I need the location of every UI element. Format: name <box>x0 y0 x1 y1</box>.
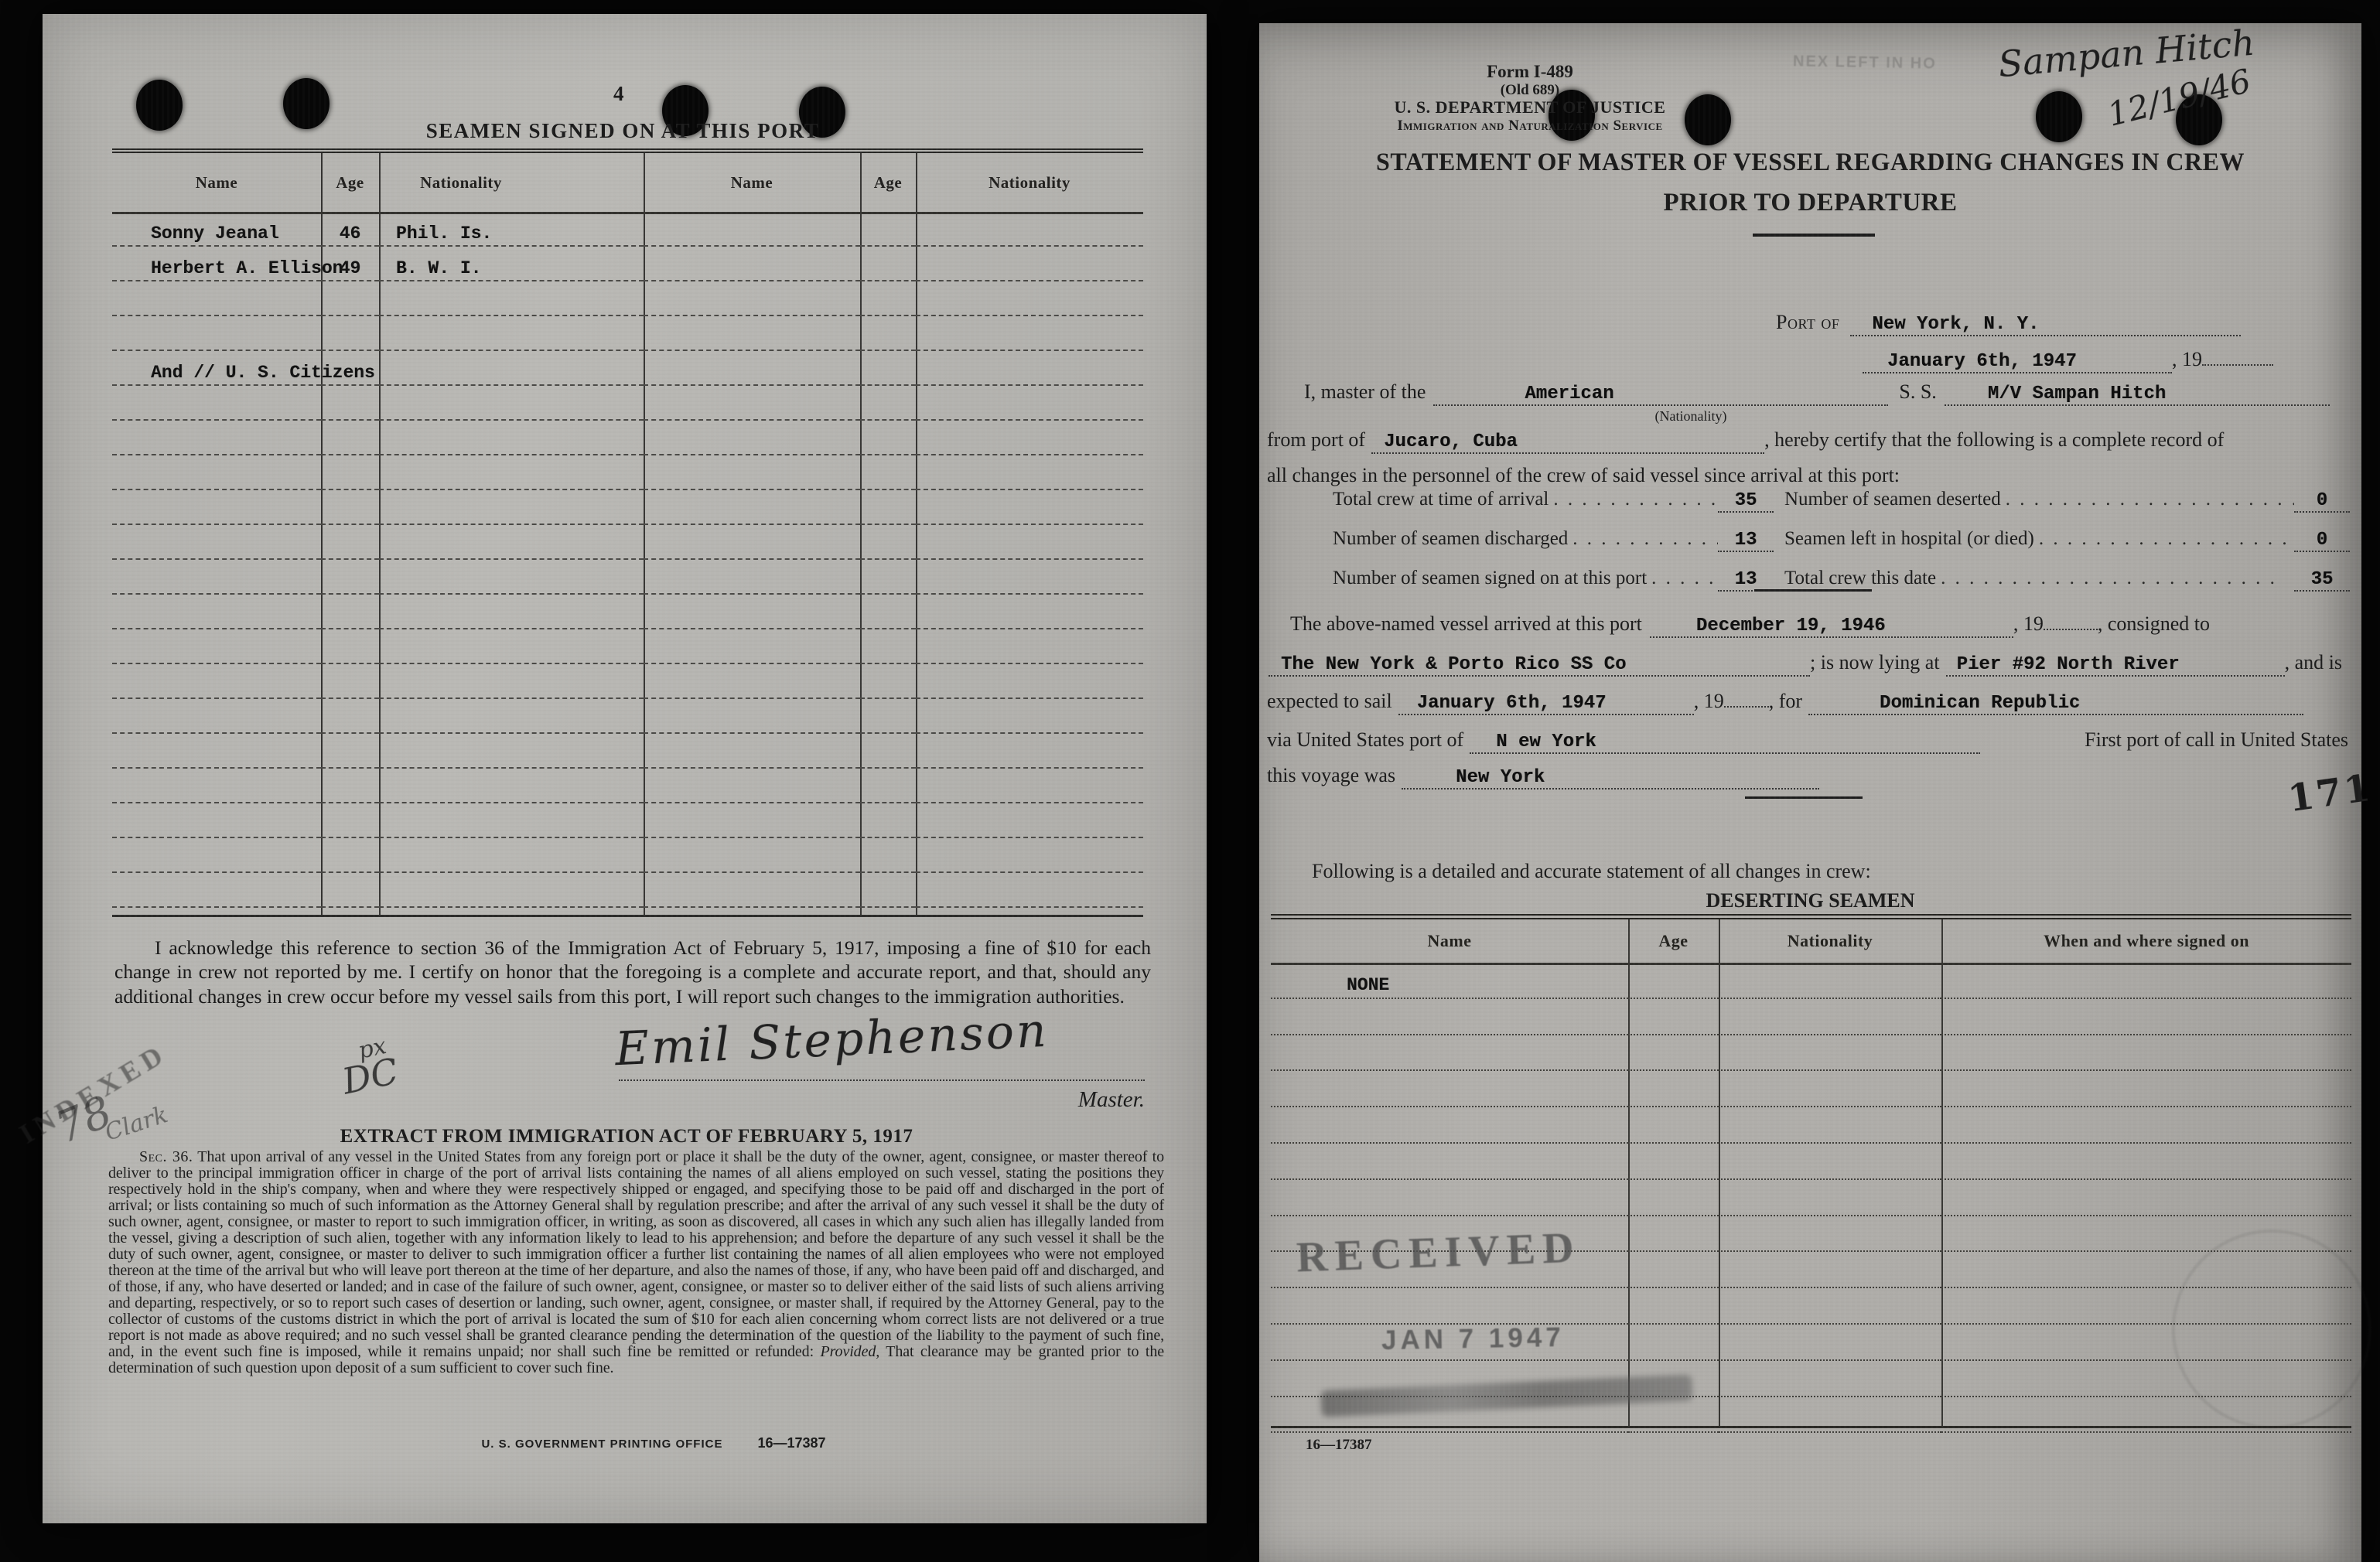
cell-signed-on <box>1941 963 2351 999</box>
cell-nationality <box>916 525 1143 560</box>
cell-age <box>321 769 379 803</box>
cell-name <box>644 212 860 247</box>
cell-name <box>1271 1107 1628 1144</box>
left-page: 4 SEAMEN SIGNED ON AT THIS PORT Name Age… <box>43 14 1207 1523</box>
column-header: Age <box>860 173 916 193</box>
table-row <box>112 281 1143 316</box>
cell-name <box>112 838 321 873</box>
cell-age <box>321 873 379 908</box>
cell-age <box>1628 1144 1719 1180</box>
arrived-suffix: , consigned to <box>2098 612 2210 636</box>
from-port-line: from port of Jucaro, Cuba , hereby certi… <box>1267 428 2224 454</box>
dot-leader: . . . . . . . . . . . . . . . . . . . . … <box>1568 528 1718 550</box>
dot-leader: . . . . . . . . . . . . . . . . . . . . … <box>2034 528 2294 550</box>
table-row <box>112 455 1143 490</box>
year-suffix: , 19 <box>2013 612 2044 636</box>
faint-stamp: NEX LEFT IN HO <box>1793 53 1937 73</box>
cell-name <box>644 803 860 838</box>
stat-half: Total crew this date. . . . . . . . . . … <box>1784 568 2350 592</box>
from-suffix: , hereby certify that the following is a… <box>1764 428 2224 452</box>
cell-nationality <box>1719 1180 1941 1216</box>
table-row <box>1271 1180 2351 1216</box>
department-name: U. S. DEPARTMENT OF JUSTICE <box>1290 98 1770 118</box>
cell-age <box>1628 1180 1719 1216</box>
section-text: That upon arrival of any vessel in the U… <box>108 1148 1164 1360</box>
extract-title: EXTRACT FROM IMMIGRATION ACT OF FEBRUARY… <box>197 1126 1056 1148</box>
cell-nationality <box>379 803 644 838</box>
stat-label: Number of seamen discharged <box>1333 528 1568 550</box>
cell-name <box>112 873 321 908</box>
voyage-port-field: New York <box>1402 764 1819 790</box>
arrived-prefix: The above-named vessel arrived at this p… <box>1290 612 1642 636</box>
column-header: Nationality <box>916 173 1143 193</box>
title-rule <box>1753 234 1875 237</box>
cell-age <box>860 247 916 281</box>
typed-entry: 49 <box>340 258 361 278</box>
table-header-row: Name Age Nationality Name Age Nationalit… <box>112 153 1143 212</box>
cell-name <box>112 281 321 316</box>
cell-age <box>860 769 916 803</box>
cell-nationality <box>916 281 1143 316</box>
section-label: Sec. 36. <box>108 1148 193 1165</box>
right-page: Form I-489 (Old 689) U. S. DEPARTMENT OF… <box>1259 23 2361 1562</box>
cell-name <box>644 421 860 455</box>
print-code: 16—17387 <box>1306 1437 1372 1454</box>
cell-name <box>644 873 860 908</box>
cell-age <box>860 560 916 595</box>
cell-name <box>1271 1144 1628 1180</box>
punch-hole <box>2036 91 2082 142</box>
consignee-line: The New York & Porto Rico SS Co ; is now… <box>1269 651 2342 677</box>
cell-signed-on <box>1941 1035 2351 1072</box>
stat-half: Number of seamen signed on at this port.… <box>1333 568 1774 592</box>
cell-age <box>321 455 379 490</box>
cell-nationality <box>379 386 644 421</box>
typed-entry: 13 <box>1735 530 1757 551</box>
cell-name <box>644 734 860 769</box>
cell-nationality <box>379 629 644 664</box>
cell-nationality: B. W. I. <box>379 247 644 281</box>
table-row <box>1271 999 2351 1035</box>
cell-age <box>860 351 916 386</box>
cell-nationality <box>379 560 644 595</box>
consignee-field: The New York & Porto Rico SS Co <box>1269 651 1810 677</box>
cell-signed-on <box>1941 1144 2351 1180</box>
cell-nationality <box>916 699 1143 734</box>
cell-age <box>860 803 916 838</box>
voyage-line: this voyage was New York <box>1267 764 1819 790</box>
received-stamp: RECEIVED <box>1296 1223 1582 1283</box>
sail-label: expected to sail <box>1267 690 1392 713</box>
cell-age <box>860 281 916 316</box>
pier-field: Pier #92 North River <box>1946 651 2285 677</box>
arrived-date-field: December 19, 1946 <box>1650 612 2013 638</box>
typed-entry: Herbert A. Ellison <box>151 258 343 278</box>
cell-nationality <box>1719 1216 1941 1253</box>
cell-name <box>112 490 321 525</box>
typed-entry: B. W. I. <box>396 258 481 278</box>
column-header: Age <box>321 173 379 193</box>
form-header-block: Form I-489 (Old 689) U. S. DEPARTMENT OF… <box>1290 62 1770 134</box>
nationality-value: American <box>1525 384 1613 404</box>
first-port-text: First port of call in United States <box>2085 728 2348 752</box>
cell-nationality <box>379 455 644 490</box>
table-row: NONE <box>1271 963 2351 999</box>
port-field: New York, N. Y. <box>1850 311 2241 336</box>
deserting-seamen-title: DESERTING SEAMEN <box>1259 889 2361 912</box>
cell-age <box>860 873 916 908</box>
cell-age <box>860 455 916 490</box>
cell-nationality <box>1719 1252 1941 1288</box>
stat-value: 35 <box>2294 568 2350 592</box>
cell-nationality <box>1719 999 1941 1035</box>
cell-nationality <box>916 316 1143 351</box>
cell-nationality <box>1719 1035 1941 1072</box>
cell-nationality <box>916 595 1143 629</box>
cell-age <box>1628 1325 1719 1361</box>
year-field <box>2202 364 2273 366</box>
port-value: New York, N. Y. <box>1872 314 2039 335</box>
table-row: Herbert A. Ellison49B. W. I. <box>112 247 1143 281</box>
form-number: Form I-489 <box>1290 62 1770 82</box>
cell-nationality: Phil. Is. <box>379 212 644 247</box>
cell-name <box>112 664 321 699</box>
vessel-value: M/V Sampan Hitch <box>1988 384 2166 404</box>
cell-signed-on <box>1941 1107 2351 1144</box>
cell-age <box>1628 1288 1719 1325</box>
cell-nationality <box>916 351 1143 386</box>
cell-name <box>644 769 860 803</box>
typed-entry: 13 <box>1735 569 1757 590</box>
date-value: January 6th, 1947 <box>1887 351 2077 372</box>
cell-nationality <box>1719 1325 1941 1361</box>
lying-label: ; is now lying at <box>1810 651 1940 674</box>
table-row <box>112 838 1143 873</box>
voyage-port-value: New York <box>1456 767 1545 788</box>
cell-age <box>321 281 379 316</box>
cell-age <box>321 629 379 664</box>
typed-entry: And // U. S. Citizens <box>151 363 375 383</box>
seamen-signed-table: Name Age Nationality Name Age Nationalit… <box>112 148 1143 917</box>
master-prefix: I, master of the <box>1304 380 1426 404</box>
year-suffix: , 19 <box>2172 348 2202 371</box>
typed-entry: 0 <box>2317 490 2327 511</box>
destination-field: Dominican Republic <box>1808 690 2303 715</box>
cell-nationality <box>916 838 1143 873</box>
print-code: 16—17387 <box>757 1435 825 1451</box>
cell-nationality <box>916 212 1143 247</box>
cell-nationality <box>379 421 644 455</box>
cell-nationality <box>916 421 1143 455</box>
date-line: January 6th, 1947 , 19 <box>1863 348 2273 373</box>
cell-name <box>644 595 860 629</box>
year-suffix: , 19 <box>1694 690 1724 713</box>
cell-age <box>1628 1216 1719 1253</box>
cell-age <box>1628 1107 1719 1144</box>
cell-age <box>860 316 916 351</box>
cell-age <box>321 560 379 595</box>
seamen-signed-title: SEAMEN SIGNED ON AT THIS PORT <box>275 119 971 143</box>
cell-nationality <box>379 281 644 316</box>
cell-age <box>321 316 379 351</box>
form-title-line1: STATEMENT OF MASTER OF VESSEL REGARDING … <box>1275 148 2344 177</box>
from-port-value: Jucaro, Cuba <box>1384 431 1518 452</box>
cell-age <box>1628 963 1719 999</box>
from-label: from port of <box>1267 428 1365 452</box>
sail-line: expected to sail January 6th, 1947 , 19 … <box>1267 690 2303 715</box>
port-line: Port of New York, N. Y. <box>1776 311 2241 336</box>
stat-row: Number of seamen discharged. . . . . . .… <box>1333 528 2350 552</box>
table-row <box>1271 1107 2351 1144</box>
printing-office-label: U. S. GOVERNMENT PRINTING OFFICE <box>481 1438 722 1451</box>
cell-nationality <box>1719 1107 1941 1144</box>
service-name: Immigration and Naturalization Service <box>1290 118 1770 134</box>
cell-name: NONE <box>1271 963 1628 999</box>
via-port-field: N ew York <box>1470 728 1980 754</box>
stat-value: 13 <box>1718 528 1774 552</box>
handwritten-initials: px DC <box>335 1031 402 1102</box>
cell-age <box>860 525 916 560</box>
cell-name <box>112 699 321 734</box>
handwritten-page-number: 171 <box>2286 766 2375 821</box>
cell-name <box>644 386 860 421</box>
cell-signed-on <box>1941 999 2351 1035</box>
column-header: Nationality <box>379 173 644 193</box>
cell-age <box>321 386 379 421</box>
stat-half: Number of seamen deserted. . . . . . . .… <box>1784 489 2350 513</box>
cell-nationality <box>916 664 1143 699</box>
cell-nationality <box>1719 1397 1941 1434</box>
cell-name: And // U. S. Citizens <box>112 351 321 386</box>
table-row <box>112 490 1143 525</box>
column-header: When and where signed on <box>1941 931 2351 951</box>
stat-half: Seamen left in hospital (or died). . . .… <box>1784 528 2350 552</box>
table-row <box>112 734 1143 769</box>
cell-nationality <box>916 734 1143 769</box>
cell-name <box>112 455 321 490</box>
column-header: Age <box>1628 931 1719 951</box>
cell-name <box>112 386 321 421</box>
cell-nationality <box>916 455 1143 490</box>
stat-half: Number of seamen discharged. . . . . . .… <box>1333 528 1774 552</box>
cell-name <box>1271 1071 1628 1107</box>
cell-name <box>1271 999 1628 1035</box>
cell-name <box>112 595 321 629</box>
cell-age <box>321 699 379 734</box>
cell-age <box>1628 1252 1719 1288</box>
arrived-date-value: December 19, 1946 <box>1696 616 1886 636</box>
cell-age <box>321 490 379 525</box>
cell-nationality <box>1719 1071 1941 1107</box>
stat-label: Total crew this date <box>1784 568 1936 589</box>
punch-hole <box>136 80 183 131</box>
voyage-label: this voyage was <box>1267 764 1395 787</box>
cell-name <box>644 525 860 560</box>
year-field <box>1724 706 1769 708</box>
sail-date-field: January 6th, 1947 <box>1398 690 1694 715</box>
stat-label: Seamen left in hospital (or died) <box>1784 528 2034 550</box>
cell-age <box>860 629 916 664</box>
stat-label: Number of seamen signed on at this port <box>1333 568 1647 589</box>
cell-nationality <box>916 386 1143 421</box>
table-row <box>112 421 1143 455</box>
year-field <box>2044 629 2098 630</box>
cell-name: Sonny Jeanal <box>112 212 321 247</box>
table-header-row: Name Age Nationality When and where sign… <box>1271 919 2351 963</box>
table-row <box>112 316 1143 351</box>
cell-age <box>860 664 916 699</box>
cell-age <box>321 734 379 769</box>
nationality-caption: (Nationality) <box>1606 408 1776 425</box>
column-header: Name <box>112 173 321 193</box>
cell-name <box>1271 1288 1628 1325</box>
cell-name <box>112 421 321 455</box>
cell-nationality <box>379 595 644 629</box>
via-line: via United States port of N ew York Firs… <box>1267 728 2348 754</box>
cell-name <box>112 560 321 595</box>
table-row <box>112 560 1143 595</box>
table-row <box>112 386 1143 421</box>
table-row <box>1271 1071 2351 1107</box>
record-line: all changes in the personnel of the crew… <box>1267 464 1900 487</box>
sail-for-label: , for <box>1769 690 1802 713</box>
cell-age <box>860 490 916 525</box>
form-number-old: (Old 689) <box>1290 82 1770 98</box>
cell-name <box>1271 1035 1628 1072</box>
cell-name: Herbert A. Ellison <box>112 247 321 281</box>
column-header: Nationality <box>1719 931 1941 951</box>
cell-nationality <box>1719 1361 1941 1397</box>
cell-name <box>1271 1180 1628 1216</box>
cell-age <box>860 734 916 769</box>
typed-entry: 0 <box>2317 530 2327 551</box>
column-header: Name <box>644 173 860 193</box>
cell-age <box>860 386 916 421</box>
cell-name <box>644 560 860 595</box>
typed-entry: NONE <box>1347 975 1389 995</box>
dot-leader: . . . . . . . . . . . . . . . . . . . . … <box>1647 568 1718 589</box>
cell-name <box>644 838 860 873</box>
nationality-field: American <box>1433 380 1888 406</box>
cell-name <box>644 490 860 525</box>
stat-value: 35 <box>1718 489 1774 513</box>
signature-line <box>619 1079 1145 1081</box>
cell-nationality <box>916 873 1143 908</box>
date-field: January 6th, 1947 <box>1863 348 2172 373</box>
cell-name <box>112 525 321 560</box>
from-port-field: Jucaro, Cuba <box>1371 428 1764 454</box>
cell-age <box>1628 999 1719 1035</box>
cell-nationality <box>379 734 644 769</box>
cell-nationality <box>379 316 644 351</box>
cell-nationality <box>916 247 1143 281</box>
stat-label: Number of seamen deserted <box>1784 489 2001 510</box>
cell-age <box>860 699 916 734</box>
stat-value: 0 <box>2294 528 2350 552</box>
cell-nationality <box>379 769 644 803</box>
page-number: 4 <box>613 82 624 106</box>
cell-signed-on <box>1941 1071 2351 1107</box>
cell-age <box>321 803 379 838</box>
received-date-stamp: JAN 7 1947 <box>1381 1322 1565 1356</box>
typed-entry: 35 <box>2311 569 2334 590</box>
cell-name <box>112 803 321 838</box>
table-row: And // U. S. Citizens <box>112 351 1143 386</box>
master-signature: Emil Stephenson <box>614 1004 1050 1076</box>
table-body: Sonny Jeanal46Phil. Is.Herbert A. Elliso… <box>112 212 1143 902</box>
arrived-line: The above-named vessel arrived at this p… <box>1290 612 2210 638</box>
table-row: Sonny Jeanal46Phil. Is. <box>112 212 1143 247</box>
typed-entry: Sonny Jeanal <box>151 223 279 244</box>
cell-nationality <box>379 490 644 525</box>
destination-value: Dominican Republic <box>1880 693 2080 714</box>
via-port-value: N ew York <box>1496 732 1596 752</box>
column-header: Name <box>1271 931 1628 951</box>
cell-name <box>644 455 860 490</box>
table-row <box>1271 1035 2351 1072</box>
table-row <box>112 629 1143 664</box>
dot-leader: . . . . . . . . . . . . . . . . . . . . … <box>1936 568 2294 589</box>
table-row <box>112 525 1143 560</box>
cell-age <box>860 212 916 247</box>
lying-suffix: , and is <box>2285 651 2342 674</box>
cell-name <box>644 316 860 351</box>
cell-nationality <box>916 629 1143 664</box>
cell-nationality <box>379 873 644 908</box>
cell-nationality <box>1719 1144 1941 1180</box>
cell-name <box>644 247 860 281</box>
cell-nationality <box>379 699 644 734</box>
cell-age <box>321 421 379 455</box>
cell-signed-on <box>1941 1180 2351 1216</box>
via-label: via United States port of <box>1267 728 1463 752</box>
section-divider <box>1745 796 1863 799</box>
cell-age <box>860 838 916 873</box>
cell-age <box>321 838 379 873</box>
section-proviso: Provided, <box>820 1343 879 1360</box>
vessel-field: M/V Sampan Hitch <box>1945 380 2330 406</box>
section-divider <box>1754 589 1872 592</box>
record-text: all changes in the personnel of the crew… <box>1267 464 1900 487</box>
cell-nationality <box>1719 1288 1941 1325</box>
stat-label: Total crew at time of arrival <box>1333 489 1549 510</box>
cell-nationality <box>1719 963 1941 999</box>
pier-value: Pier #92 North River <box>1957 654 2180 675</box>
dot-leader: . . . . . . . . . . . . . . . . . . . . … <box>2001 489 2294 510</box>
table-row <box>112 664 1143 699</box>
dot-leader: . . . . . . . . . . . . . . . . . . . . … <box>1549 489 1718 510</box>
typed-entry: Phil. Is. <box>396 223 492 244</box>
cell-age <box>1628 1071 1719 1107</box>
cell-name <box>112 734 321 769</box>
cell-name <box>644 664 860 699</box>
table-row <box>112 803 1143 838</box>
margin-handwriting: Clark <box>102 1101 172 1147</box>
cell-age <box>860 595 916 629</box>
typed-entry: 35 <box>1735 490 1757 511</box>
cell-age <box>321 525 379 560</box>
cell-name <box>644 699 860 734</box>
table-row <box>1271 1144 2351 1180</box>
sail-date-value: January 6th, 1947 <box>1417 693 1607 714</box>
cell-name <box>112 629 321 664</box>
stat-row: Number of seamen signed on at this port.… <box>1333 568 2350 592</box>
cell-nationality <box>379 351 644 386</box>
cell-nationality <box>916 769 1143 803</box>
stat-value: 0 <box>2294 489 2350 513</box>
cell-age <box>860 421 916 455</box>
port-label: Port of <box>1776 311 1839 334</box>
